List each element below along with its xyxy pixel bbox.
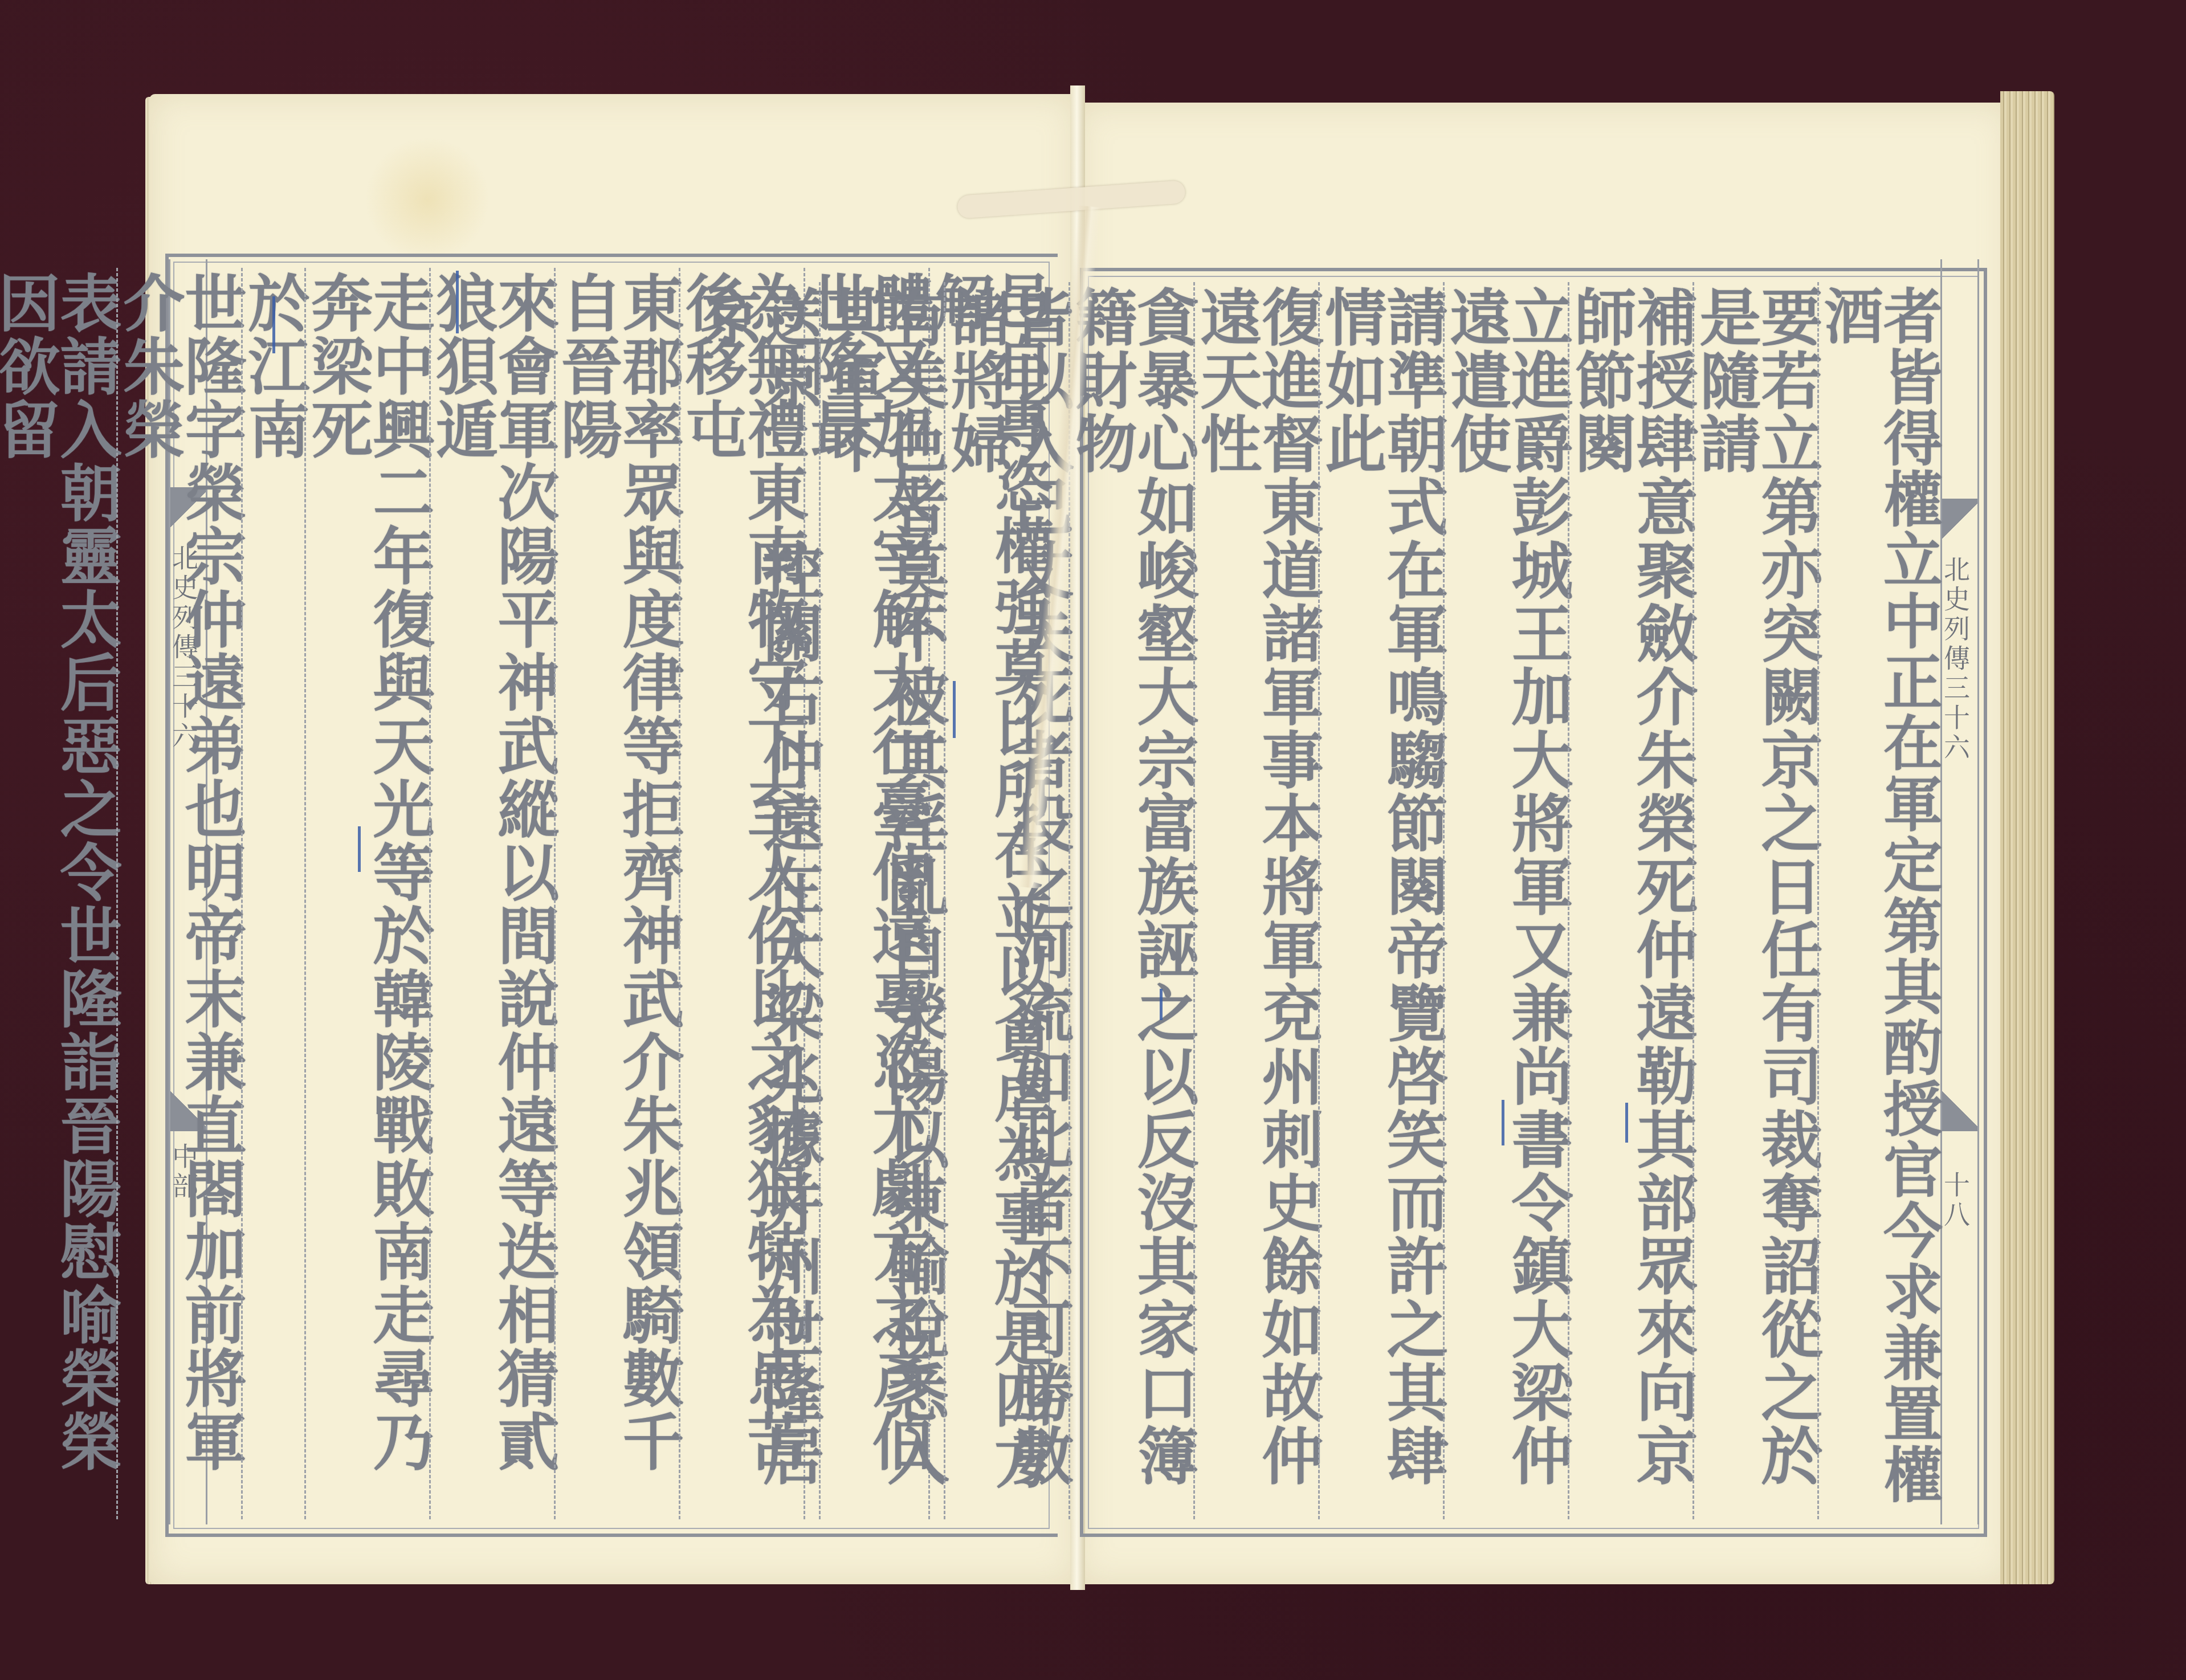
- column-text: 表請入朝靈太后惡之令世隆詣晉陽慰喻榮榮因欲留: [0, 271, 116, 1519]
- fishtail-lower-icon: [1942, 1086, 1977, 1131]
- text-column: 送京 控關右仲遠在大梁兆據并州世隆居京: [696, 282, 819, 1519]
- column-text: 世隆字榮宗仲遠弟也明帝末兼直閤加前將軍介朱榮: [118, 271, 241, 1519]
- column-text: 請準朝式在軍鳴騶節闋帝覽啓笑而許之其肆情如此: [1320, 286, 1443, 1519]
- text-column: 世隆字榮宗仲遠弟也明帝末兼直閤加前將軍介朱榮: [116, 268, 241, 1519]
- right-page-edge-stack: [2000, 91, 2054, 1584]
- banxin-label: 十八: [1946, 1171, 1974, 1230]
- column-text: 貪暴心如峻壑大宗富族誣之以反沒其家口簿籍財物: [1070, 286, 1193, 1519]
- text-column: 走中興二年復與天光等於韓陵戰敗南走尋乃奔梁死: [304, 268, 429, 1519]
- text-column: 皆以入己丈夫死者投之河流如此者不可勝數諸將婦: [944, 282, 1068, 1519]
- blue-annotation-mark: [456, 271, 459, 333]
- column-text: 走中興二年復與天光等於韓陵戰敗南走尋乃奔梁死: [306, 271, 429, 1519]
- blue-annotation-mark: [272, 296, 275, 353]
- right-page-banxin: 北史列傳三十六 十八: [1940, 259, 1979, 1524]
- column-text: 東郡率眾與度律等拒齊神武介朱兆領騎數千自晉陽: [556, 271, 679, 1519]
- text-column: 於江南: [241, 268, 304, 1519]
- blue-annotation-mark: [1625, 1103, 1628, 1143]
- column-text: 復進督東道諸軍事本將軍兗州刺史餘如故仲遠天性: [1195, 286, 1318, 1519]
- column-text: 送京 控關右仲遠在大梁兆據并州世隆居京: [696, 286, 819, 1519]
- text-column: 要若立第亦突闕京之日任有司裁奪詔從之於是隨請: [1692, 282, 1817, 1519]
- paper-stain: [365, 137, 490, 262]
- text-column: 有美色者莫不被其淫亂自滎陽以東輸稅悉入其軍不: [819, 282, 944, 1519]
- right-page-text-columns: 者皆得權立中正在軍定第其酌授官今求兼置權酒 要若立第亦突闕京之日任有司裁奪詔從之…: [1086, 282, 1938, 1516]
- column-text: 要若立第亦突闕京之日任有司裁奪詔從之於是隨請: [1694, 286, 1817, 1519]
- text-column: 來會軍次陽平神武縱以間說仲遠等迭相猜貳狼狽遁: [429, 268, 554, 1519]
- text-column: 貪暴心如峻壑大宗富族誣之以反沒其家口簿籍財物: [1068, 282, 1193, 1519]
- blue-annotation-mark: [1160, 989, 1163, 1020]
- text-column: 請準朝式在軍鳴騶節闋帝覽啓笑而許之其肆情如此: [1318, 282, 1443, 1519]
- fishtail-upper-icon: [1942, 499, 1977, 544]
- text-column: 復進督東道諸軍事本將軍兗州刺史餘如故仲遠天性: [1193, 282, 1318, 1519]
- text-column: 表請入朝靈太后惡之令世隆詣晉陽慰喻榮榮因欲留: [0, 268, 116, 1519]
- text-column: 東郡率眾與度律等拒齊神武介朱兆領騎數千自晉陽: [554, 268, 679, 1519]
- blue-annotation-mark: [953, 681, 956, 738]
- column-text: 補授肆意聚斂介朱榮死仲遠勒其部眾來向京師節闋: [1569, 286, 1692, 1519]
- column-text: 立進爵彭城王加大將軍又兼尚書令鎮大梁仲遠遣使: [1445, 286, 1568, 1519]
- text-column: 補授肆意聚斂介朱榮死仲遠勒其部眾來向京師節闋: [1568, 282, 1692, 1519]
- text-column: 者皆得權立中正在軍定第其酌授官今求兼置權酒: [1817, 282, 1938, 1519]
- column-text: 皆以入己丈夫死者投之河流如此者不可勝數諸將婦: [945, 286, 1068, 1519]
- text-column: 立進爵彭城王加大將軍又兼尚書令鎮大梁仲遠遣使: [1443, 282, 1568, 1519]
- column-text: 有美色者莫不被其淫亂自滎陽以東輸稅悉入其軍不: [821, 286, 944, 1519]
- column-text: 於江南: [243, 271, 304, 1519]
- column-text: 者皆得權立中正在軍定第其酌授官今求兼置權酒: [1819, 286, 1938, 1519]
- column-text: 來會軍次陽平神武縱以間說仲遠等迭相猜貳狼狽遁: [431, 271, 554, 1519]
- blue-annotation-mark: [1502, 1100, 1504, 1145]
- banxin-title: 北史列傳三十六: [1946, 556, 1974, 763]
- blue-annotation-mark: [358, 826, 361, 872]
